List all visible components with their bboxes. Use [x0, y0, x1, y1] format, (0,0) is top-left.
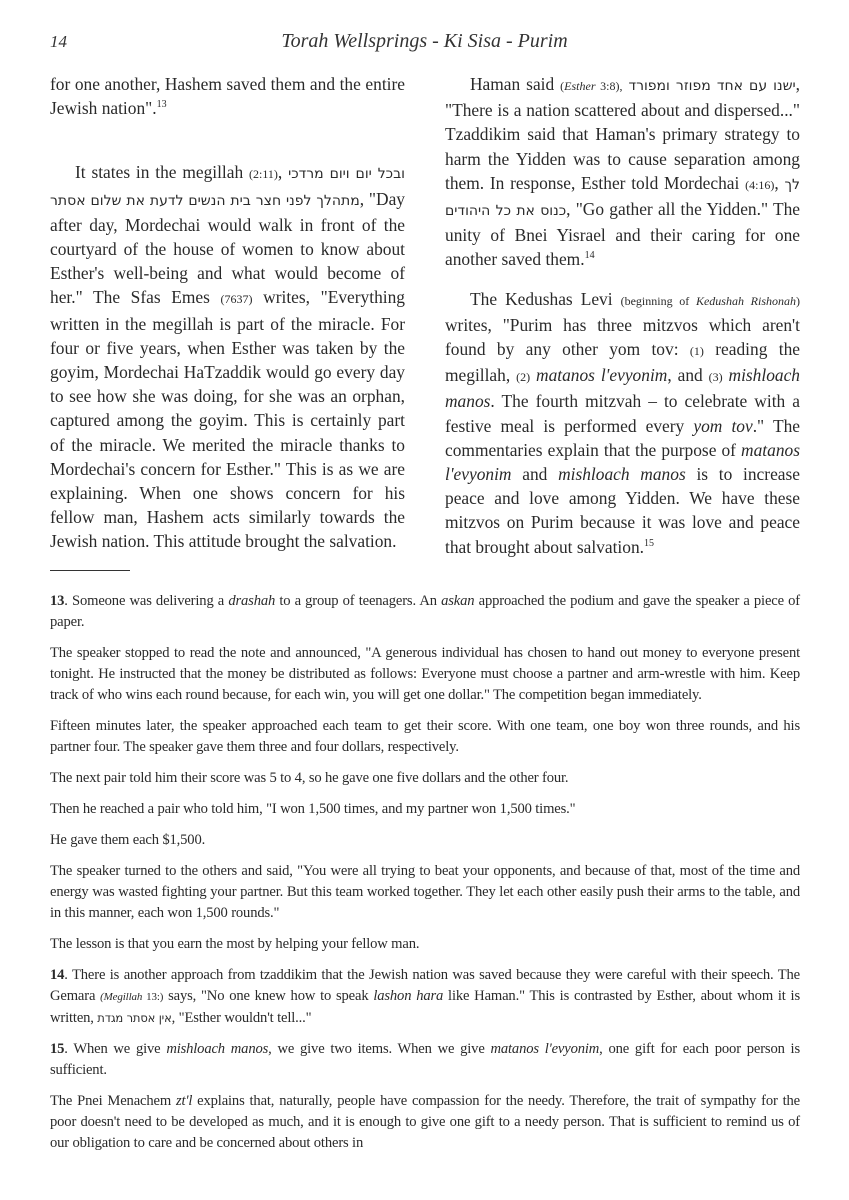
page-header: 14 Torah Wellsprings - Ki Sisa - Purim	[50, 30, 799, 60]
paragraph-text: and	[512, 464, 559, 484]
italic-term: matanos l'evyonim	[490, 1041, 599, 1057]
paragraph-text: for one another, Hashem saved them and t…	[50, 74, 405, 118]
footnote-ref-15[interactable]: 15	[644, 538, 654, 549]
list-number: (3)	[709, 370, 723, 384]
footnote-text: The Pnei Menachem	[50, 1093, 176, 1109]
italic-term: zt'l	[176, 1093, 192, 1109]
footnote-paragraph: The lesson is that you earn the most by …	[50, 934, 800, 955]
running-title: Torah Wellsprings - Ki Sisa - Purim	[50, 30, 799, 53]
paragraph: Haman said (Esther 3:8), ישנו עם אחד מפו…	[445, 72, 800, 272]
footnotes-section: 13. Someone was delivering a drashah to …	[50, 591, 800, 1164]
footnote-14: 14. There is another approach from tzadd…	[50, 965, 800, 1029]
hebrew-quote: אין אסתר מגדת	[97, 1011, 171, 1025]
footnote-paragraph: The Pnei Menachem zt'l explains that, na…	[50, 1091, 800, 1154]
reference-text: )	[796, 294, 800, 308]
footnote-text: to a group of teenagers. An	[275, 593, 441, 609]
list-number: (2)	[516, 370, 530, 384]
footnote-paragraph: The speaker stopped to read the note and…	[50, 643, 800, 706]
reference-book: Esther	[564, 79, 595, 93]
footnote-paragraph: The speaker turned to the others and sai…	[50, 861, 800, 924]
paragraph-text: Haman said	[470, 74, 560, 94]
verse-reference: (Esther 3:8),	[560, 79, 622, 93]
footnote-number: 15	[50, 1041, 64, 1057]
footnote-number: 13	[50, 593, 64, 609]
source-reference: (beginning of Kedushah Rishonah)	[621, 294, 800, 308]
footnote-15: 15. When we give mishloach manos, we giv…	[50, 1039, 800, 1081]
italic-term: askan	[441, 593, 474, 609]
footnote-number: 14	[50, 967, 64, 983]
footnote-divider	[50, 570, 130, 571]
italic-term: yom tov	[693, 416, 752, 436]
footnote-paragraph: Fifteen minutes later, the speaker appro…	[50, 716, 800, 758]
italic-term: mishloach manos	[166, 1041, 268, 1057]
italic-term: mishloach manos	[558, 464, 686, 484]
reference-book: Megillah	[104, 991, 143, 1003]
italic-term: lashon hara	[373, 988, 443, 1004]
body-columns: for one another, Hashem saved them and t…	[50, 72, 800, 559]
verse-reference: (2:11)	[249, 167, 278, 181]
footnote-paragraph: Then he reached a pair who told him, "I …	[50, 799, 800, 820]
list-number: (1)	[690, 344, 704, 358]
footnote-ref-14[interactable]: 14	[585, 251, 595, 262]
italic-term: matanos l'evyonim	[530, 365, 667, 385]
source-reference: (Megillah 13:)	[100, 991, 163, 1003]
reference-number: 3:8	[596, 79, 616, 93]
footnote-paragraph: The next pair told him their score was 5…	[50, 768, 800, 789]
right-column: Haman said (Esther 3:8), ישנו עם אחד מפו…	[445, 72, 800, 559]
separator: ,	[278, 162, 288, 182]
reference-text: (beginning of	[621, 294, 696, 308]
paragraph: The Kedushas Levi (beginning of Kedushah…	[445, 287, 800, 559]
paragraph-text: The Kedushas Levi	[470, 289, 621, 309]
paragraph-text: , and	[667, 365, 708, 385]
italic-term: drashah	[228, 593, 275, 609]
paragraph-text: writes, "Everything written in the megil…	[50, 287, 405, 551]
source-reference: (7637)	[221, 292, 253, 306]
paragraph: for one another, Hashem saved them and t…	[50, 72, 405, 120]
footnote-paragraph: He gave them each $1,500.	[50, 830, 800, 851]
footnote-text: , "Esther wouldn't tell..."	[172, 1010, 312, 1026]
footnote-13: 13. Someone was delivering a drashah to …	[50, 591, 800, 633]
reference-book: Kedushah Rishonah	[696, 294, 796, 308]
footnote-text: , we give two items. When we give	[268, 1041, 490, 1057]
footnote-text: . When we give	[64, 1041, 166, 1057]
paragraph-text: It states in the megillah	[75, 162, 249, 182]
footnote-ref-13[interactable]: 13	[157, 99, 167, 110]
hebrew-quote: ישנו עם אחד מפוזר ומפורד	[628, 78, 795, 94]
footnote-text: says, "No one knew how to speak	[163, 988, 373, 1004]
left-column: for one another, Hashem saved them and t…	[50, 72, 405, 559]
paragraph: It states in the megillah (2:11), ובכל י…	[50, 160, 405, 553]
verse-reference: (4:16)	[745, 178, 774, 192]
footnote-text: . Someone was delivering a	[64, 593, 228, 609]
reference-number: 13:)	[142, 991, 163, 1003]
